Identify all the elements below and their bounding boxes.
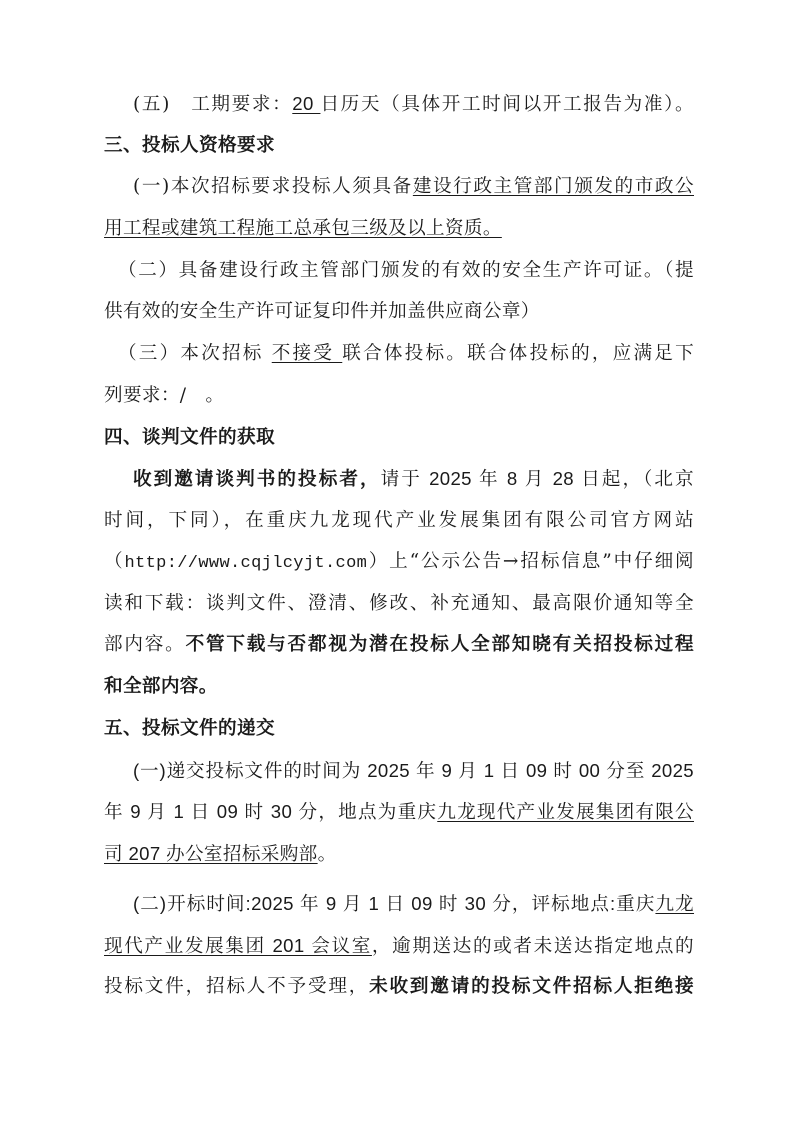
submit-2-line-2: 现代产业发展集团 201 会议室，逾期送达的或者未送达指定地点的 bbox=[104, 931, 694, 961]
requirement-2-line-2: 供有效的安全生产许可证复印件并加盖供应商公章） bbox=[104, 297, 694, 327]
submit-1-line-2: 年 9 月 1 日 09 时 30 分，地点为重庆九龙现代产业发展集团有限公 bbox=[104, 797, 694, 827]
opening-location: 九龙 bbox=[655, 894, 694, 915]
period-label: 工期要求： bbox=[191, 94, 292, 115]
obtain-line-3: （http://www.cqjlcyjt.com）上“公示公告→招标信息”中仔细… bbox=[104, 547, 694, 577]
obtain-line-1: 收到邀请谈判书的投标者，请于 2025 年 8 月 28 日起，（北京 bbox=[133, 464, 694, 494]
section-heading-5: 五、投标文件的递交 bbox=[104, 714, 694, 744]
requirement-1-line-1: (一)本次招标要求投标人须具备建设行政主管部门颁发的市政公 bbox=[133, 172, 694, 202]
qualification-underlined: 建设行政主管部门颁发的市政公 bbox=[413, 176, 694, 197]
bold-lead: 收到邀请谈判书的投标者， bbox=[133, 469, 381, 490]
obtain-line-2: 时间，下同），在重庆九龙现代产业发展集团有限公司官方网站 bbox=[104, 506, 694, 536]
opening-location-cont: 现代产业发展集团 201 会议室 bbox=[104, 935, 372, 956]
requirement-3-line-1: （三）本次招标 不接受 联合体投标。联合体投标的，应满足下 bbox=[118, 339, 694, 369]
obtain-line-4: 读和下载：谈判文件、澄清、修改、补充通知、最高限价通知等全 bbox=[104, 589, 694, 619]
period-rest: 日历天（具体开工时间以开工报告为准）。 bbox=[320, 94, 694, 115]
submit-1-line-1: (一)递交投标文件的时间为 2025 年 9 月 1 日 09 时 00 分至 … bbox=[133, 756, 694, 786]
submission-location: 九龙现代产业发展集团有限公 bbox=[437, 802, 694, 823]
submit-2-line-1: (二)开标时间:2025 年 9 月 1 日 09 时 30 分，评标地点:重庆… bbox=[133, 889, 694, 919]
consortium-status: 不接受 bbox=[272, 343, 343, 364]
item-prefix: (五) bbox=[133, 94, 170, 115]
rejection-notice: 未收到邀请的投标文件招标人拒绝接 bbox=[369, 976, 694, 997]
obtain-line-6: 和全部内容。 bbox=[104, 672, 694, 702]
document-page: (五) 工期要求：20 日历天（具体开工时间以开工报告为准）。 三、投标人资格要… bbox=[0, 0, 793, 1122]
website-link[interactable]: http://www.cqjlcyjt.com bbox=[124, 554, 367, 573]
section-heading-4: 四、谈判文件的获取 bbox=[104, 423, 694, 453]
section-heading-3: 三、投标人资格要求 bbox=[104, 131, 694, 161]
submission-location-cont: 司 207 办公室招标采购部 bbox=[104, 843, 318, 864]
requirement-2-line-1: （二）具备建设行政主管部门颁发的有效的安全生产许可证。（提 bbox=[118, 256, 694, 286]
qualification-underlined-cont: 用工程或建筑工程施工总承包三级及以上资质。 bbox=[104, 218, 502, 239]
obtain-line-5: 部内容。不管下载与否都视为潜在投标人全部知晓有关招投标过程 bbox=[104, 630, 694, 660]
requirement-1-line-2: 用工程或建筑工程施工总承包三级及以上资质。 bbox=[104, 214, 694, 244]
submit-2-line-3: 投标文件，招标人不予受理，未收到邀请的投标文件招标人拒绝接 bbox=[104, 972, 694, 1002]
period-days: 20 bbox=[292, 93, 320, 114]
requirement-3-line-2: 列要求：/ 。 bbox=[104, 381, 694, 411]
bold-notice: 不管下载与否都视为潜在投标人全部知晓有关招投标过程 bbox=[186, 634, 694, 655]
construction-period-line: (五) 工期要求：20 日历天（具体开工时间以开工报告为准）。 bbox=[133, 89, 694, 119]
submit-1-line-3: 司 207 办公室招标采购部。 bbox=[104, 839, 694, 869]
